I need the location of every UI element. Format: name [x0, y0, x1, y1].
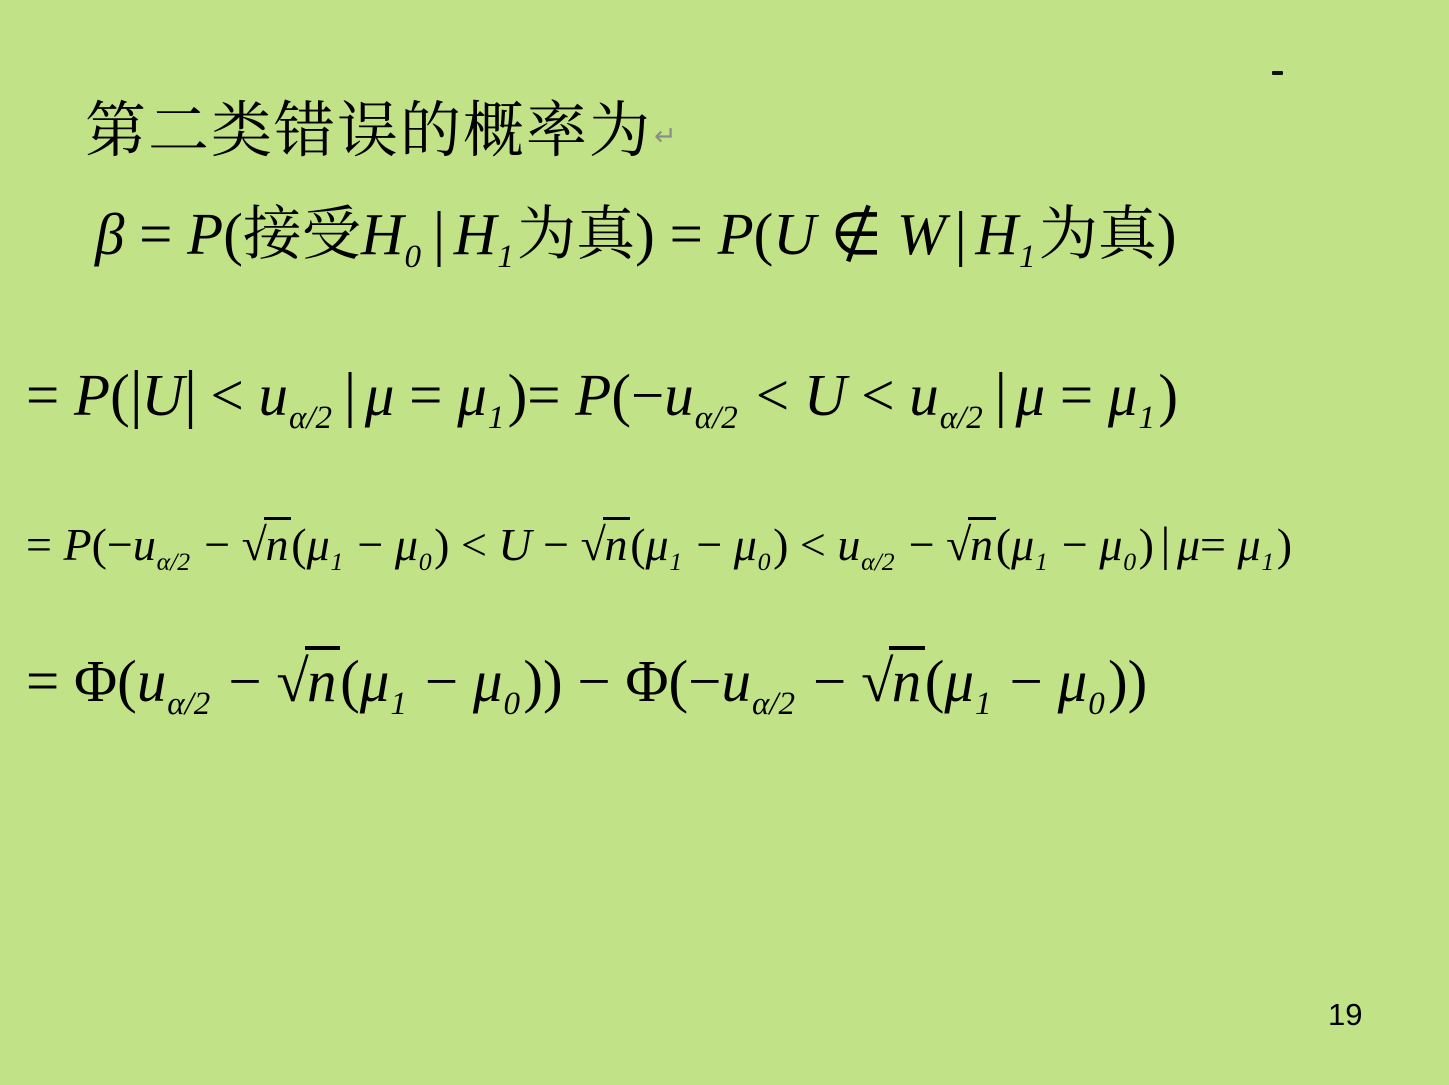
formula-token: (−	[611, 362, 664, 428]
formula-token: H1	[975, 201, 1038, 267]
subscript: α/2	[752, 686, 795, 722]
formula-token: (	[340, 648, 360, 714]
formula-token: P	[74, 362, 110, 428]
formula-token: H1	[454, 201, 517, 267]
formula-token: <	[741, 362, 804, 428]
formula-token: −	[897, 519, 946, 570]
formula-token: (	[630, 519, 645, 570]
slide-title-text: 第二类错误的概率为	[85, 95, 652, 166]
page-number: 19	[1328, 997, 1362, 1033]
slide-title: 第二类错误的概率为↵	[85, 82, 677, 169]
formula-token: 接受	[243, 199, 361, 268]
subscript: 1	[1035, 547, 1048, 576]
formula-token: μ1	[1237, 519, 1276, 570]
formula-token: −	[995, 648, 1058, 714]
formula-token: μ1	[457, 362, 507, 428]
formula-token: −	[410, 648, 473, 714]
formula-token: μ0	[395, 519, 434, 570]
formula-token: )	[1158, 362, 1178, 428]
subscript: 1	[330, 547, 343, 576]
formula-token: μ	[1177, 519, 1200, 570]
formula-token: −	[1050, 519, 1099, 570]
formula-token: (	[223, 201, 243, 267]
formula-token: )=	[508, 362, 576, 428]
formula-token: −	[193, 519, 242, 570]
stray-dash-mark	[1272, 71, 1283, 75]
subscript: α/2	[167, 686, 210, 722]
formula-line-phi-difference: = Φ(uα/2 − √n(μ1 − μ0)) − Φ(−uα/2 − √n(μ…	[26, 646, 1147, 724]
formula-token: μ1	[646, 519, 685, 570]
subscript: 0	[404, 239, 421, 275]
formula-token: |	[335, 361, 364, 429]
formula-token: W	[897, 201, 946, 267]
formula-token: |	[130, 358, 142, 430]
subscript: 1	[497, 239, 514, 275]
sqrt-radical: √n	[861, 648, 925, 714]
formula-token: P	[718, 201, 754, 267]
formula-token: −	[798, 648, 861, 714]
formula-token: ∉	[816, 201, 897, 267]
formula-token: =	[1200, 519, 1237, 570]
formula-token: μ0	[734, 519, 773, 570]
radicand: n	[305, 646, 340, 713]
formula-token: μ1	[360, 648, 410, 714]
formula-token: μ	[1016, 362, 1046, 428]
radicand: n	[968, 517, 996, 569]
formula-token: 为真	[1039, 199, 1157, 268]
formula-token: −	[532, 519, 581, 570]
formula-token: uα/2	[133, 519, 193, 570]
formula-token: U	[498, 519, 531, 570]
formula-token: ) <	[773, 519, 837, 570]
subscript: 0	[758, 547, 771, 576]
formula-token: |	[424, 200, 453, 268]
radicand: n	[889, 646, 924, 713]
formula-token: P	[187, 201, 223, 267]
formula-token: −	[685, 519, 734, 570]
formula-token: (	[996, 519, 1011, 570]
paragraph-return-icon: ↵	[654, 121, 677, 152]
formula-token: P	[63, 519, 91, 570]
formula-token: =	[124, 201, 187, 267]
formula-token: =	[394, 362, 457, 428]
subscript: 0	[504, 686, 521, 722]
formula-token: )	[1139, 519, 1154, 570]
subscript: α/2	[940, 400, 983, 436]
formula-token: ))	[1108, 648, 1147, 714]
formula-token: <	[846, 362, 909, 428]
formula-token: μ	[365, 362, 395, 428]
formula-token: )	[1277, 519, 1292, 570]
formula-token: (	[925, 648, 945, 714]
formula-token: H0	[361, 201, 424, 267]
formula-token: μ0	[473, 648, 523, 714]
formula-token: ) =	[635, 201, 717, 267]
formula-token: |	[184, 358, 196, 430]
formula-token: μ1	[1108, 362, 1158, 428]
subscript: α/2	[695, 400, 738, 436]
formula-token: (	[291, 519, 306, 570]
subscript: 1	[975, 686, 992, 722]
formula-token: =	[26, 362, 74, 428]
subscript: 1	[1261, 547, 1274, 576]
formula-token: 为真	[517, 199, 635, 268]
sqrt-radical: √n	[242, 519, 292, 570]
formula-token: −	[214, 648, 277, 714]
formula-token: uα/2	[137, 648, 214, 714]
formula-token: μ0	[1099, 519, 1138, 570]
sqrt-radical: √n	[276, 648, 340, 714]
subscript: α/2	[289, 400, 332, 436]
slide-canvas: 第二类错误的概率为↵ β = P(接受H0|H1为真) = P(U ∉ W|H1…	[0, 0, 1449, 1085]
subscript: α/2	[157, 547, 191, 576]
subscript: 0	[1123, 547, 1136, 576]
formula-token: U	[773, 201, 816, 267]
formula-token: β	[95, 201, 124, 267]
radicand: n	[264, 517, 292, 569]
formula-token: |	[946, 200, 975, 268]
formula-token: =	[26, 519, 63, 570]
subscript: 1	[1019, 239, 1036, 275]
sqrt-radical: √n	[581, 519, 631, 570]
formula-token: U	[804, 362, 847, 428]
formula-line-standardized-inequality: = P(−uα/2 − √n(μ1 − μ0) < U − √n(μ1 − μ0…	[26, 516, 1292, 578]
formula-token: μ1	[944, 648, 994, 714]
formula-token: uα/2	[837, 519, 897, 570]
formula-token: μ1	[1011, 519, 1050, 570]
subscript: 1	[1139, 400, 1156, 436]
radicand: n	[603, 517, 631, 569]
subscript: α/2	[861, 547, 895, 576]
subscript: 1	[488, 400, 505, 436]
formula-token: )	[1157, 201, 1177, 267]
formula-token: <	[196, 362, 259, 428]
formula-token: U	[141, 362, 184, 428]
formula-token: μ1	[307, 519, 346, 570]
formula-token: =	[1045, 362, 1108, 428]
formula-line-beta-definition: β = P(接受H0|H1为真) = P(U ∉ W|H1为真)	[95, 198, 1177, 277]
formula-token: ) <	[434, 519, 498, 570]
formula-token: (	[110, 362, 130, 428]
formula-token: (−	[92, 519, 133, 570]
subscript: 1	[390, 686, 407, 722]
formula-token: −	[346, 519, 395, 570]
formula-token: )) − Φ(−	[523, 648, 721, 714]
formula-token: uα/2	[909, 362, 986, 428]
formula-token: (	[754, 201, 774, 267]
subscript: 1	[669, 547, 682, 576]
formula-token: μ0	[1058, 648, 1108, 714]
formula-token: uα/2	[721, 648, 798, 714]
subscript: 0	[419, 547, 432, 576]
formula-line-abs-u-inequality: = P(|U| < uα/2|μ = μ1)= P(−uα/2 < U < uα…	[26, 356, 1178, 438]
subscript: 0	[1088, 686, 1105, 722]
formula-token: uα/2	[664, 362, 741, 428]
formula-token: P	[575, 362, 611, 428]
formula-token: |	[1154, 518, 1177, 571]
sqrt-radical: √n	[946, 519, 996, 570]
formula-token: = Φ(	[26, 648, 137, 714]
formula-token: uα/2	[259, 362, 336, 428]
formula-token: |	[986, 361, 1015, 429]
